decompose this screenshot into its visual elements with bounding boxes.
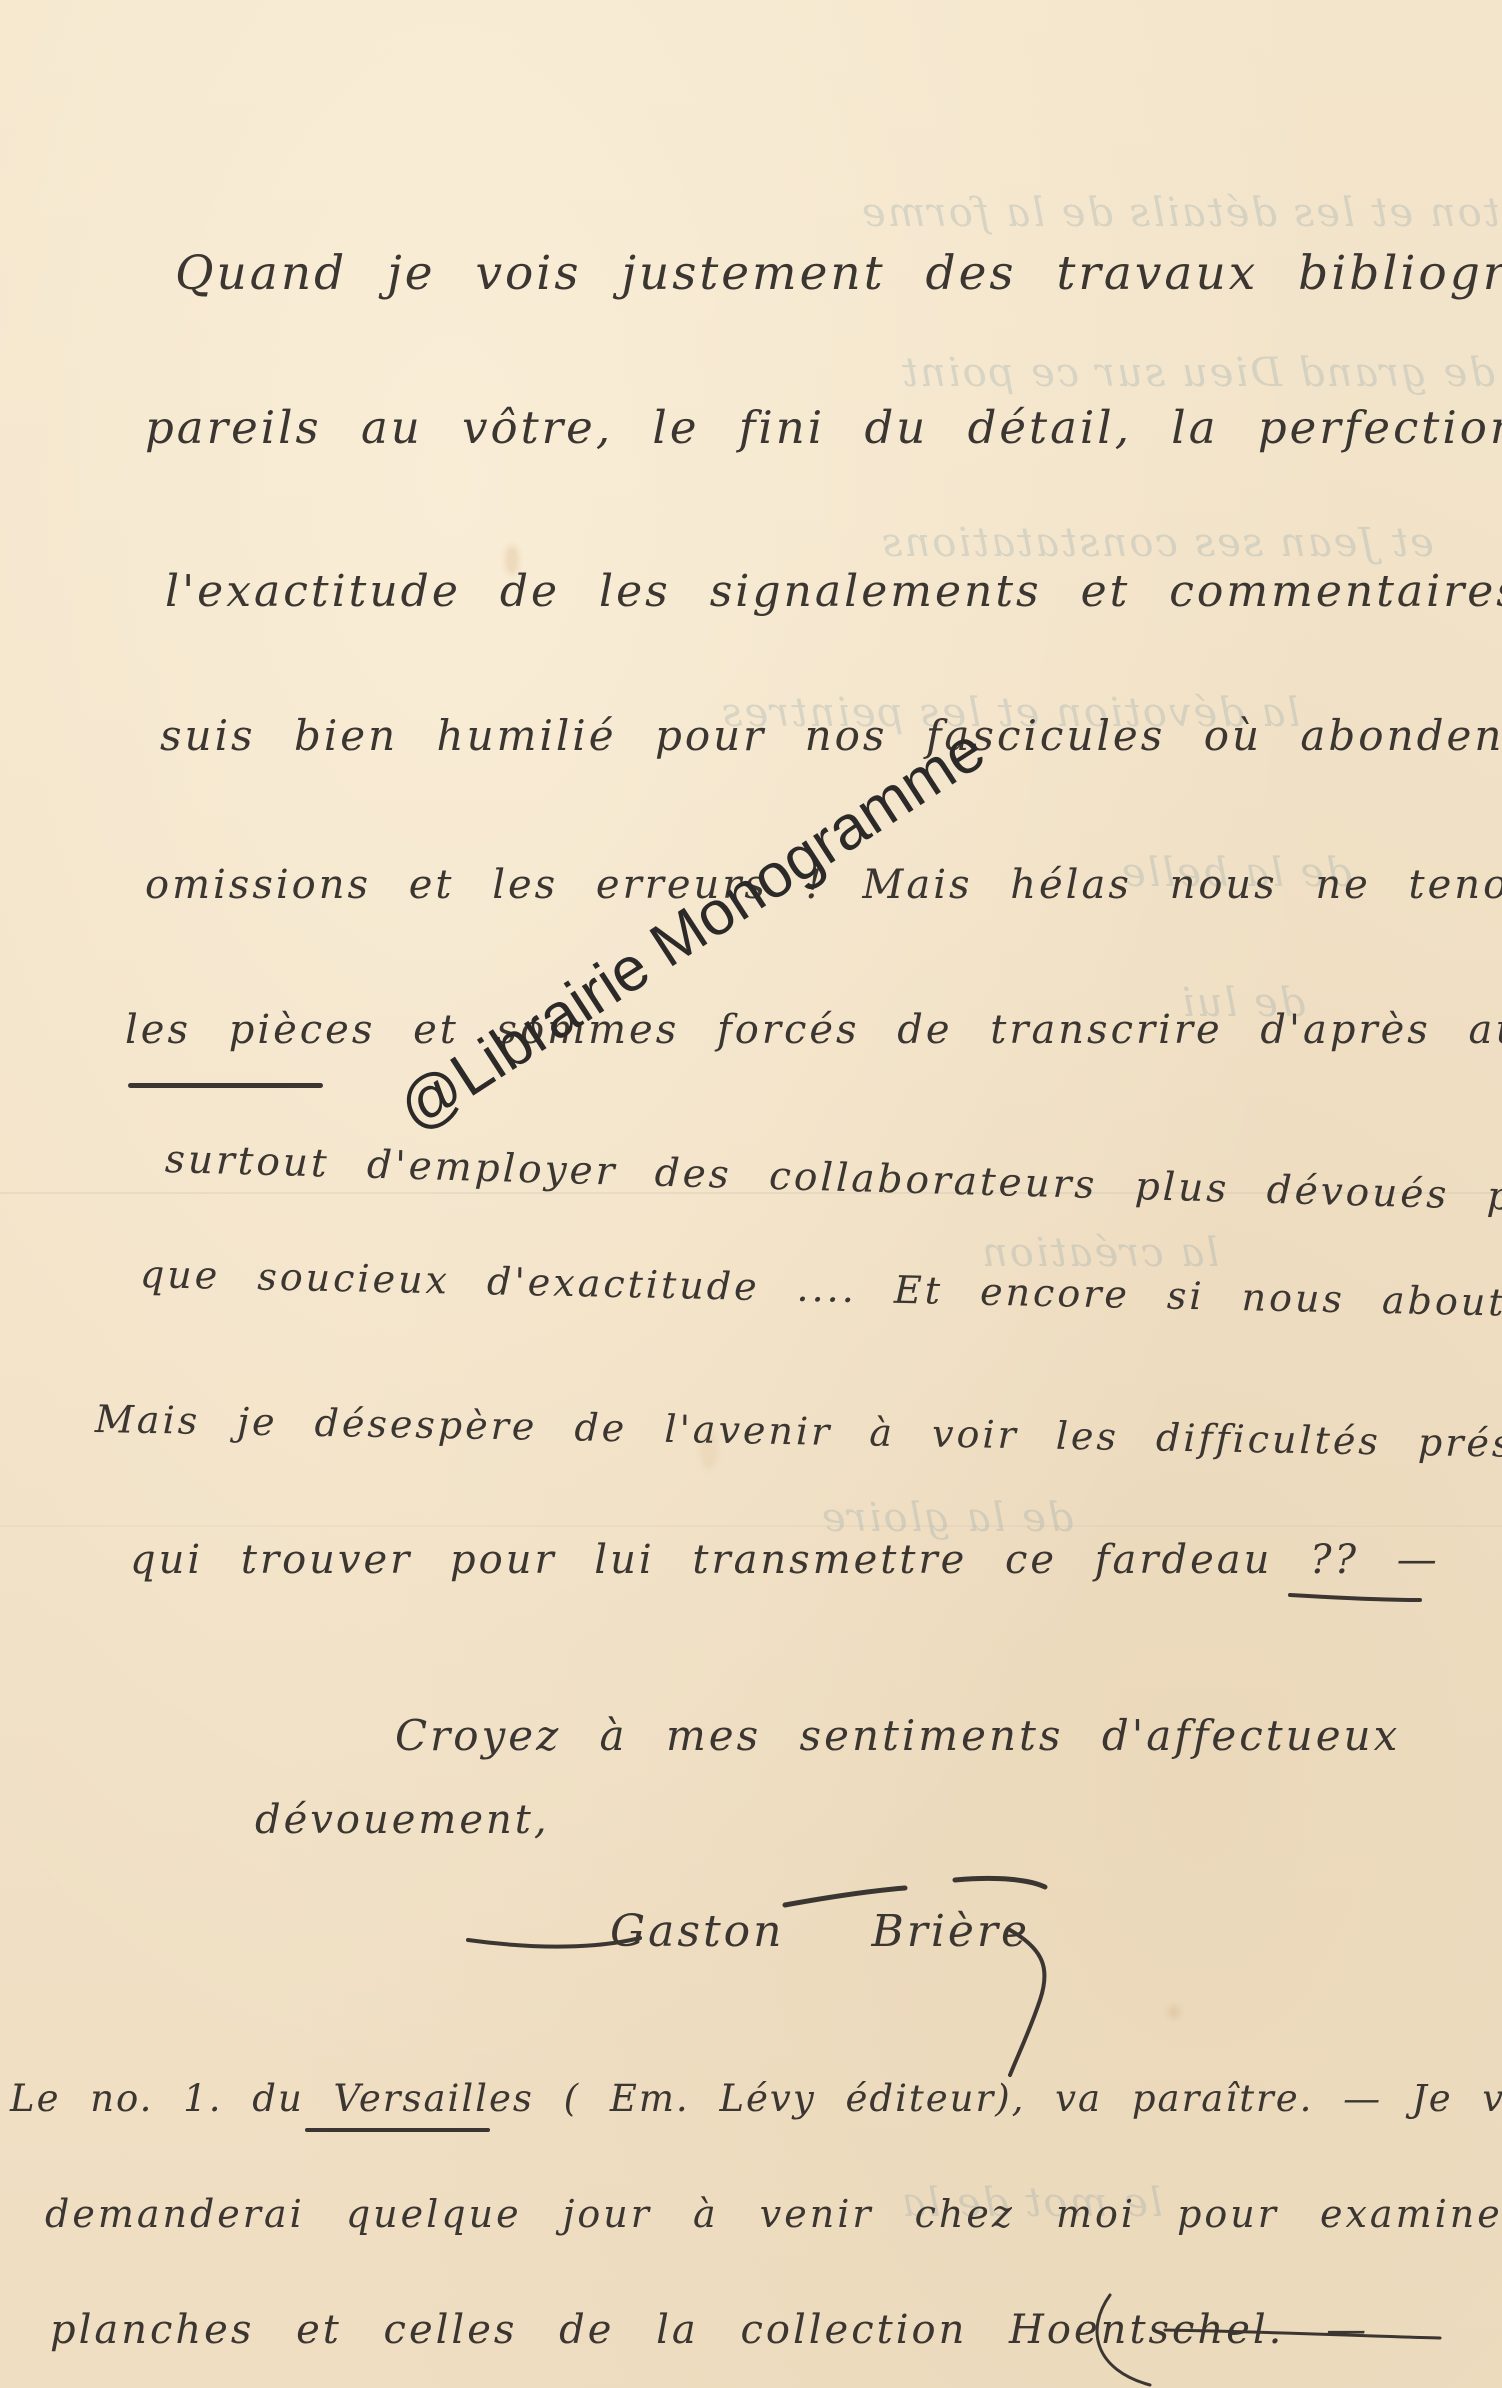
letter-line: surtout d'employer des collaborateurs pl… xyxy=(164,1140,1502,1221)
signature: Gaston Brière xyxy=(610,1910,1030,1954)
postscript-line: planches et celles de la collection Hoen… xyxy=(50,2310,1369,2350)
underline-stroke xyxy=(128,1083,323,1088)
letter-line: Mais je désespère de l'avenir à voir les… xyxy=(95,1400,1502,1466)
letter-line: suis bien humilié pour nos fascicules où… xyxy=(160,715,1502,757)
paper-fold-line xyxy=(0,1525,1502,1527)
letter-line: Quand je vois justement des travaux bibl… xyxy=(175,250,1502,297)
letter-line: que soucieux d'exactitude .... Et encore… xyxy=(140,1255,1502,1325)
watermark: @Librairie Monogramme xyxy=(386,714,998,1146)
bleed-through-text: ton et les détails de la forme xyxy=(860,190,1500,236)
letter-page: ton et les détails de la forme de grand … xyxy=(0,0,1502,2388)
paper-stain xyxy=(1168,2005,1180,2019)
postscript-line: demanderai quelque jour à venir chez moi… xyxy=(45,2195,1502,2233)
letter-line: pareils au vôtre, le fini du détail, la … xyxy=(145,405,1502,450)
letter-line: les pièces et sommes forcés de transcrir… xyxy=(125,1010,1502,1050)
bleed-through-text: de grand Dieu sur ce point xyxy=(900,350,1495,396)
bleed-through-text: la création xyxy=(980,1230,1219,1276)
postscript-line: Le no. 1. du Versailles ( Em. Lévy édite… xyxy=(10,2080,1502,2117)
letter-line: qui trouver pour lui transmettre ce fard… xyxy=(130,1540,1440,1580)
bleed-through-text: et Jean ses constatations xyxy=(880,520,1434,566)
closing-line: dévouement, xyxy=(255,1800,550,1840)
letter-line: l'exactitude de les signalements et comm… xyxy=(165,570,1502,614)
underline-stroke xyxy=(305,2128,490,2132)
closing-line: Croyez à mes sentiments d'affectueux xyxy=(395,1715,1400,1757)
bleed-through-text: de la gloire xyxy=(820,1495,1073,1541)
